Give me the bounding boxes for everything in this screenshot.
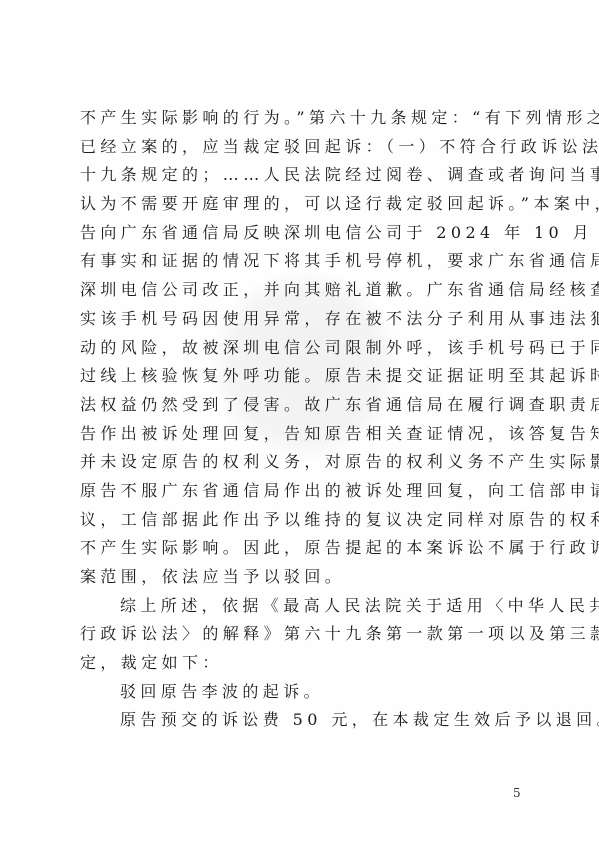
page-number: 5 <box>513 786 521 800</box>
text-line: 实该手机号码因使用异常，存在被不法分子利用从事违法犯罪活 <box>80 305 526 334</box>
text-line: 告向广东省通信局反映深圳电信公司于 2024 年 10 月 30 日在没 <box>80 219 526 248</box>
text-line: 不产生实际影响。因此，原告提起的本案诉讼不属于行政诉讼受 <box>80 534 526 563</box>
text-line: 深圳电信公司改正，并向其赔礼道歉。广东省通信局经核查，查 <box>80 276 526 305</box>
text-line: 十九条规定的；……人民法院经过阅卷、调查或者询问当事人， <box>80 161 526 190</box>
ruling-line: 驳回原告李波的起诉。 <box>80 678 526 707</box>
fee-line: 原告预交的诉讼费 50 元，在本裁定生效后予以退回。 <box>80 706 526 735</box>
text-line: 行政诉讼法〉的解释》第六十九条第一款第一项以及第三款之规 <box>80 620 526 649</box>
text-line: 案范围，依法应当予以驳回。 <box>80 563 526 592</box>
text-line: 动的风险，故被深圳电信公司限制外呼，该手机号码已于同日通 <box>80 334 526 363</box>
text-line: 认为不需要开庭审理的，可以迳行裁定驳回起诉。”本案中，原 <box>80 190 526 219</box>
text-line: 已经立案的，应当裁定驳回起诉：（一）不符合行政诉讼法第四 <box>80 133 526 162</box>
text-line: 原告不服广东省通信局作出的被诉处理回复，向工信部申请复 <box>80 477 526 506</box>
text-line: 有事实和证据的情况下将其手机号停机，要求广东省通信局责令 <box>80 247 526 276</box>
text-line: 过线上核验恢复外呼功能。原告未提交证据证明至其起诉时其合 <box>80 362 526 391</box>
text-line: 议，工信部据此作出予以维持的复议决定同样对原告的权利义务 <box>80 506 526 535</box>
text-line: 定，裁定如下： <box>80 649 526 678</box>
text-line: 告作出被诉处理回复，告知原告相关查证情况，该答复告知行为 <box>80 420 526 449</box>
document-page: 不产生实际影响的行为。”第六十九条规定：“有下列情形之一， 已经立案的，应当裁定… <box>0 0 599 848</box>
text-line: 法权益仍然受到了侵害。故广东省通信局在履行调查职责后对原 <box>80 391 526 420</box>
text-line: 不产生实际影响的行为。”第六十九条规定：“有下列情形之一， <box>80 104 526 133</box>
text-line: 并未设定原告的权利义务，对原告的权利义务不产生实际影响。 <box>80 448 526 477</box>
document-body: 不产生实际影响的行为。”第六十九条规定：“有下列情形之一， 已经立案的，应当裁定… <box>80 104 526 735</box>
text-line: 综上所述，依据《最高人民法院关于适用〈中华人民共和国 <box>80 592 526 621</box>
